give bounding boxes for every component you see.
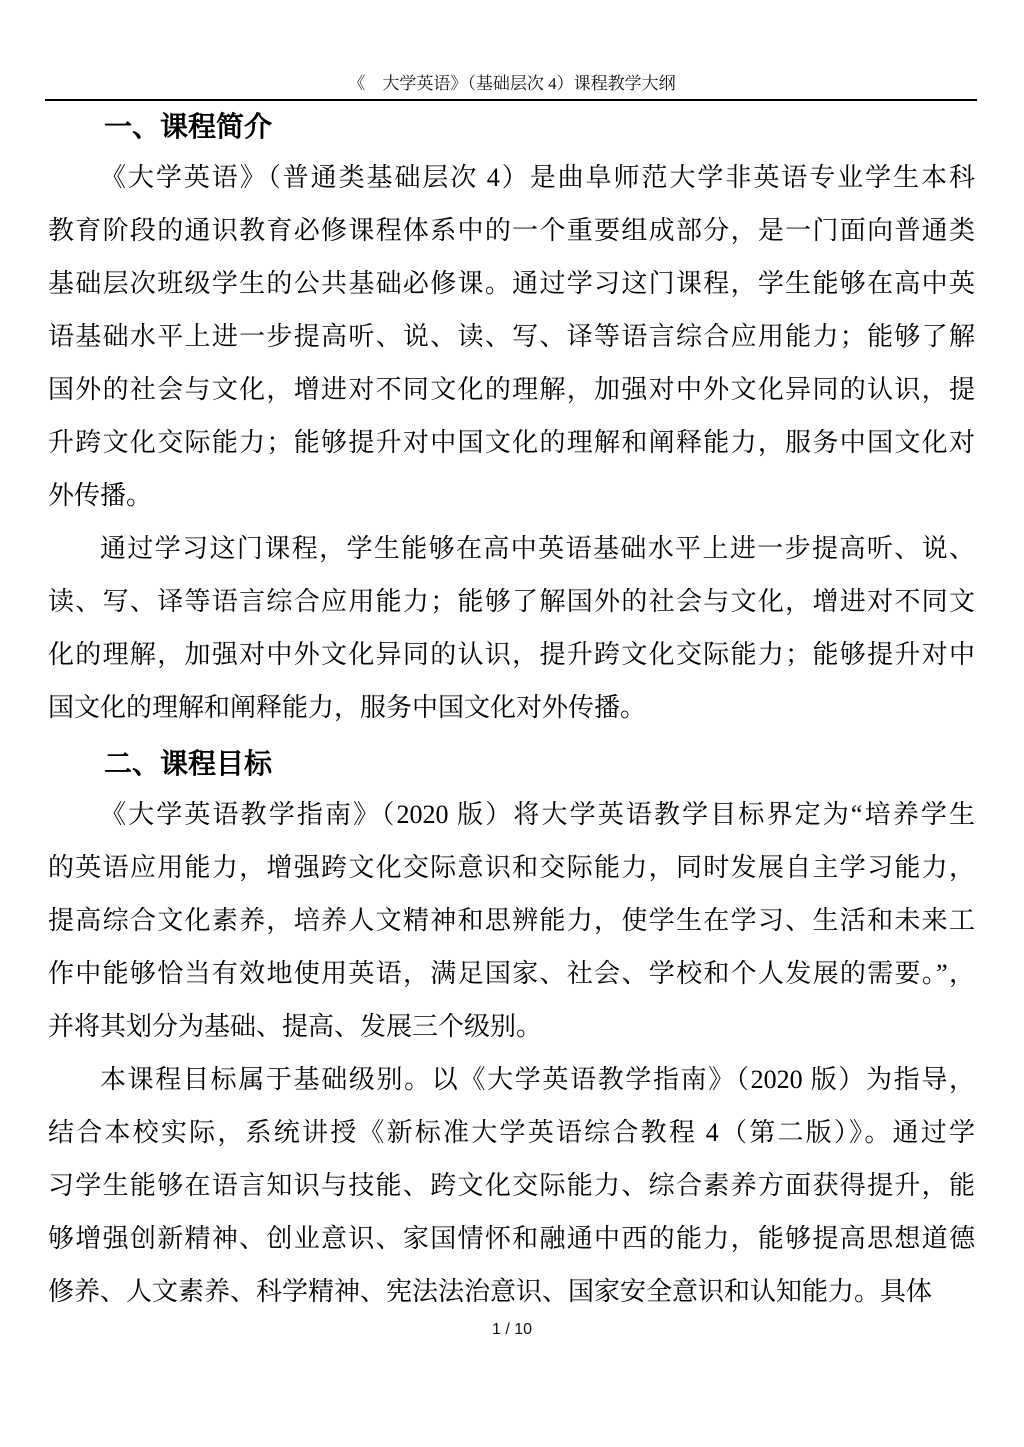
text-line: 并将其划分为基础、提高、发展三个级别。 (48, 1000, 975, 1053)
header-title: 《 大学英语》（基础层次 4）课程教学大纲 (348, 74, 675, 93)
text-line: 作中能够恰当有效地使用英语，满足国家、社会、学校和个人发展的需要。”， (48, 947, 975, 1000)
text-line: 的英语应用能力，增强跨文化交际意识和交际能力，同时发展自主学习能力， (48, 841, 975, 894)
text-line: 基础层次班级学生的公共基础必修课。通过学习这门课程，学生能够在高中英 (48, 257, 975, 310)
document-page: 《 大学英语》（基础层次 4）课程教学大纲 一、课程简介 《大学英语》（普通类基… (0, 0, 1024, 1447)
text-line: 《大学英语》（普通类基础层次 4）是曲阜师范大学非英语专业学生本科 (48, 151, 975, 204)
header-divider (45, 99, 977, 101)
text-line: 修养、人文素养、科学精神、宪法法治意识、国家安全意识和认知能力。具体 (48, 1265, 975, 1318)
text-line: 国外的社会与文化，增进对不同文化的理解，加强对中外文化异同的认识，提 (48, 363, 975, 416)
text-line: 语基础水平上进一步提高听、说、读、写、译等语言综合应用能力；能够了解 (48, 310, 975, 363)
text-line: 化的理解，加强对中外文化异同的认识，提升跨文化交际能力；能够提升对中 (48, 628, 975, 681)
text-line: 提高综合文化素养，培养人文精神和思辨能力，使学生在学习、生活和未来工 (48, 894, 975, 947)
page-number: 1 / 10 (0, 1318, 1024, 1342)
text-line: 教育阶段的通识教育必修课程体系中的一个重要组成部分，是一门面向普通类 (48, 204, 975, 257)
text-line: 《大学英语教学指南》（2020 版）将大学英语教学目标界定为“培养学生 (48, 788, 975, 841)
text-line: 本课程目标属于基础级别。以《大学英语教学指南》（2020 版）为指导， (48, 1053, 975, 1106)
paragraph-course-intro-1: 《大学英语》（普通类基础层次 4）是曲阜师范大学非英语专业学生本科 教育阶段的通… (48, 151, 975, 522)
text-line: 习学生能够在语言知识与技能、跨文化交际能力、综合素养方面获得提升，能 (48, 1159, 975, 1212)
text-line: 结合本校实际，系统讲授《新标准大学英语综合教程 4（第二版）》。通过学 (48, 1106, 975, 1159)
paragraph-course-goals-1: 《大学英语教学指南》（2020 版）将大学英语教学目标界定为“培养学生 的英语应… (48, 788, 975, 1053)
section-heading-course-goals: 二、课程目标 (48, 742, 975, 788)
text-line: 国文化的理解和阐释能力，服务中国文化对外传播。 (48, 681, 975, 734)
text-line: 外传播。 (48, 469, 975, 522)
text-line: 通过学习这门课程，学生能够在高中英语基础水平上进一步提高听、说、 (48, 522, 975, 575)
text-line: 读、写、译等语言综合应用能力；能够了解国外的社会与文化，增进对不同文 (48, 575, 975, 628)
text-line: 够增强创新精神、创业意识、家国情怀和融通中西的能力，能够提高思想道德 (48, 1212, 975, 1265)
text-line: 升跨文化交际能力；能够提升对中国文化的理解和阐释能力，服务中国文化对 (48, 416, 975, 469)
section-heading-course-intro: 一、课程简介 (48, 105, 975, 151)
paragraph-course-goals-2: 本课程目标属于基础级别。以《大学英语教学指南》（2020 版）为指导， 结合本校… (48, 1053, 975, 1318)
document-content: 一、课程简介 《大学英语》（普通类基础层次 4）是曲阜师范大学非英语专业学生本科… (48, 105, 975, 1318)
paragraph-course-intro-2: 通过学习这门课程，学生能够在高中英语基础水平上进一步提高听、说、 读、写、译等语… (48, 522, 975, 734)
page-header: 《 大学英语》（基础层次 4）课程教学大纲 (0, 0, 1024, 96)
